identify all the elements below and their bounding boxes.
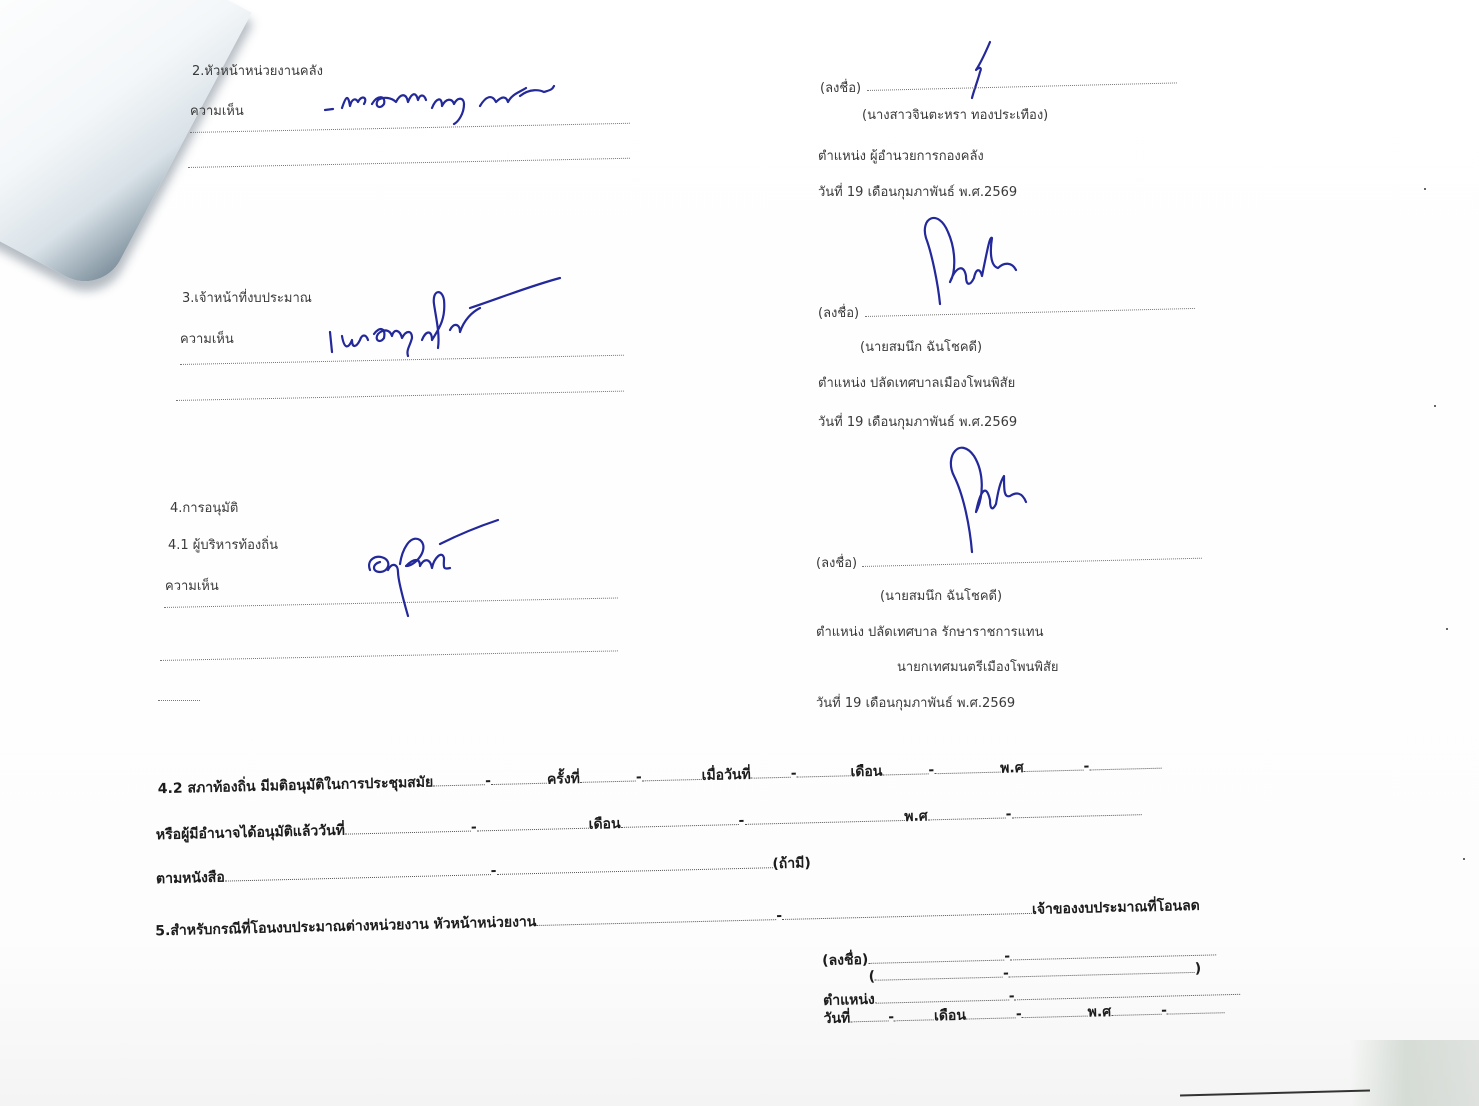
authority-approval-label: หรือผู้มีอำนาจได้อนุมัติแล้ววันที่ [156,823,345,844]
sign-label: (ลงชื่อ) [822,952,869,969]
unit-head-field-2[interactable] [782,903,1032,920]
year-field[interactable] [1023,760,1083,772]
year-field[interactable] [928,808,1006,821]
if-any-label: (ถ้ามี) [772,855,811,872]
unit-head-field[interactable] [536,909,776,926]
year-field-2[interactable] [1167,1002,1225,1014]
name-field[interactable] [875,967,1003,981]
month-label: เดือน [588,816,620,833]
signature-field-2[interactable] [1010,944,1216,960]
letter-ref-field[interactable] [225,864,491,881]
year-field-2[interactable] [1089,758,1161,771]
on-date-label: เมื่อวันที่ [701,767,750,784]
scanned-document-page: 2.หัวหน้าหน่วยงานคลัง ความเห็น (ลงชื่อ) … [0,0,1479,1106]
section-4-2-council-approval: 4.2 สภาท้องถิ่น มีมติอนุมัติในการประชุมส… [0,0,1479,1106]
year-field-2[interactable] [1011,804,1141,818]
month-field-2[interactable] [934,762,1000,775]
letter-ref-label: ตามหนังสือ [156,870,225,888]
year-label: พ.ศ [1000,760,1024,777]
year-label: พ.ศ [904,808,928,825]
paren-close: ) [1195,961,1202,977]
scan-speck [1434,405,1436,407]
approval-date-field[interactable] [345,821,471,835]
date-label: วันที่ [823,1010,850,1027]
session-field[interactable] [433,774,485,786]
scan-speck [1446,628,1448,630]
session-no-field[interactable] [580,771,636,783]
position-field[interactable] [875,989,1009,1003]
page-edge [1180,1090,1370,1097]
day-field-2[interactable] [796,765,850,777]
month-field-2[interactable] [744,810,904,825]
day-field[interactable] [850,1010,888,1022]
letter-ref-field-2[interactable] [496,857,772,875]
month-field-2[interactable] [1022,1006,1088,1019]
year-label: พ.ศ [1088,1004,1112,1021]
month-label: เดือน [850,764,882,781]
council-approval-line-1: 4.2 สภาท้องถิ่น มีมติอนุมัติในการประชุมส… [158,754,1162,801]
month-field[interactable] [882,763,928,775]
month-field[interactable] [620,814,738,828]
session-no-field-2[interactable] [642,769,702,781]
name-field-2[interactable] [1009,962,1195,978]
section-5-transfer-line: 5.สำหรับกรณีที่โอนงบประมาณต่างหน่วยงาน ห… [155,895,1200,943]
scan-speck [1424,188,1426,190]
transfer-label: 5.สำหรับกรณีที่โอนงบประมาณต่างหน่วยงาน ห… [155,914,536,939]
approval-date-field-2[interactable] [477,818,589,832]
council-label: 4.2 สภาท้องถิ่น มีมติอนุมัติในการประชุมส… [158,774,434,797]
session-no-label: ครั้งที่ [547,771,580,788]
scan-speck [1463,858,1465,860]
session-field-2[interactable] [491,773,547,785]
day-field-2[interactable] [894,1009,934,1021]
month-field[interactable] [966,1007,1016,1019]
year-field[interactable] [1111,1004,1161,1016]
budget-owner-label: เจ้าของงบประมาณที่โอนลด [1032,898,1200,918]
signature-field[interactable] [868,950,1004,964]
day-field[interactable] [751,767,791,779]
month-label: เดือน [934,1008,966,1025]
council-approval-line-3: ตามหนังสือ-(ถ้ามี) [156,852,811,890]
council-approval-line-2: หรือผู้มีอำนาจได้อนุมัติแล้ววันที่-เดือน… [156,800,1142,846]
